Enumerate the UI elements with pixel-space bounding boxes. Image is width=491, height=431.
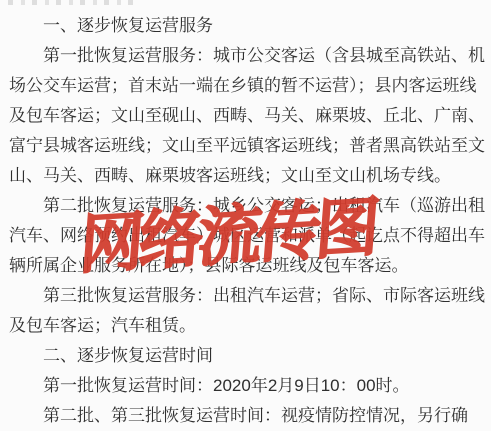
section-heading-resume-services: 一、逐步恢复运营服务 xyxy=(9,11,487,41)
notice-document: 一、逐步恢复运营服务 第一批恢复运营服务：城市公交客运（含县城至高铁站、机场公交… xyxy=(0,0,491,431)
paragraph-third-batch-services: 第三批恢复运营服务：出租汽车运营；省际、市际客运班线及包车客运；汽车租赁。 xyxy=(9,281,487,341)
paragraph-second-batch-services: 第二批恢复运营服务：城乡公交客运；出租汽车（巡游出租汽车、网络预约出租汽车）城区… xyxy=(9,191,487,281)
paragraph-first-batch-time: 第一批恢复运营时间：2020年2月9日10：00时。 xyxy=(9,371,487,401)
paragraph-first-batch-services: 第一批恢复运营服务：城市公交客运（含县城至高铁站、机场公交车运营；首末站一端在乡… xyxy=(9,41,487,191)
paragraph-second-third-batch-time: 第二批、第三批恢复运营时间：视疫情防控情况，另行确 xyxy=(9,401,487,431)
section-heading-resume-time: 二、逐步恢复运营时间 xyxy=(9,341,487,371)
